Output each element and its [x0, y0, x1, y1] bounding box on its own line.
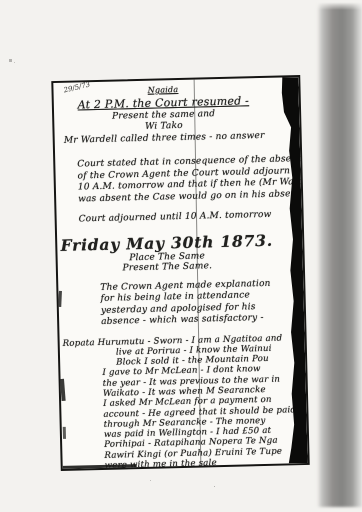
photocopy-noise [0, 0, 1, 1]
ink-smudge [63, 427, 66, 439]
spine-shadow-fade [310, 0, 362, 10]
scanned-document-image: 29/5/73 NgaidaAt 2 P.M. the Court resume… [0, 0, 362, 512]
manuscript-line: Court adjourned until 10 A.M. tomorrow [57, 209, 302, 226]
document-page: 29/5/73 NgaidaAt 2 P.M. the Court resume… [51, 75, 309, 471]
book-spine-shadow [317, 2, 362, 507]
manuscript-lines: NgaidaAt 2 P.M. the Court resumed -Prese… [53, 77, 307, 471]
ink-smudge [63, 464, 137, 469]
